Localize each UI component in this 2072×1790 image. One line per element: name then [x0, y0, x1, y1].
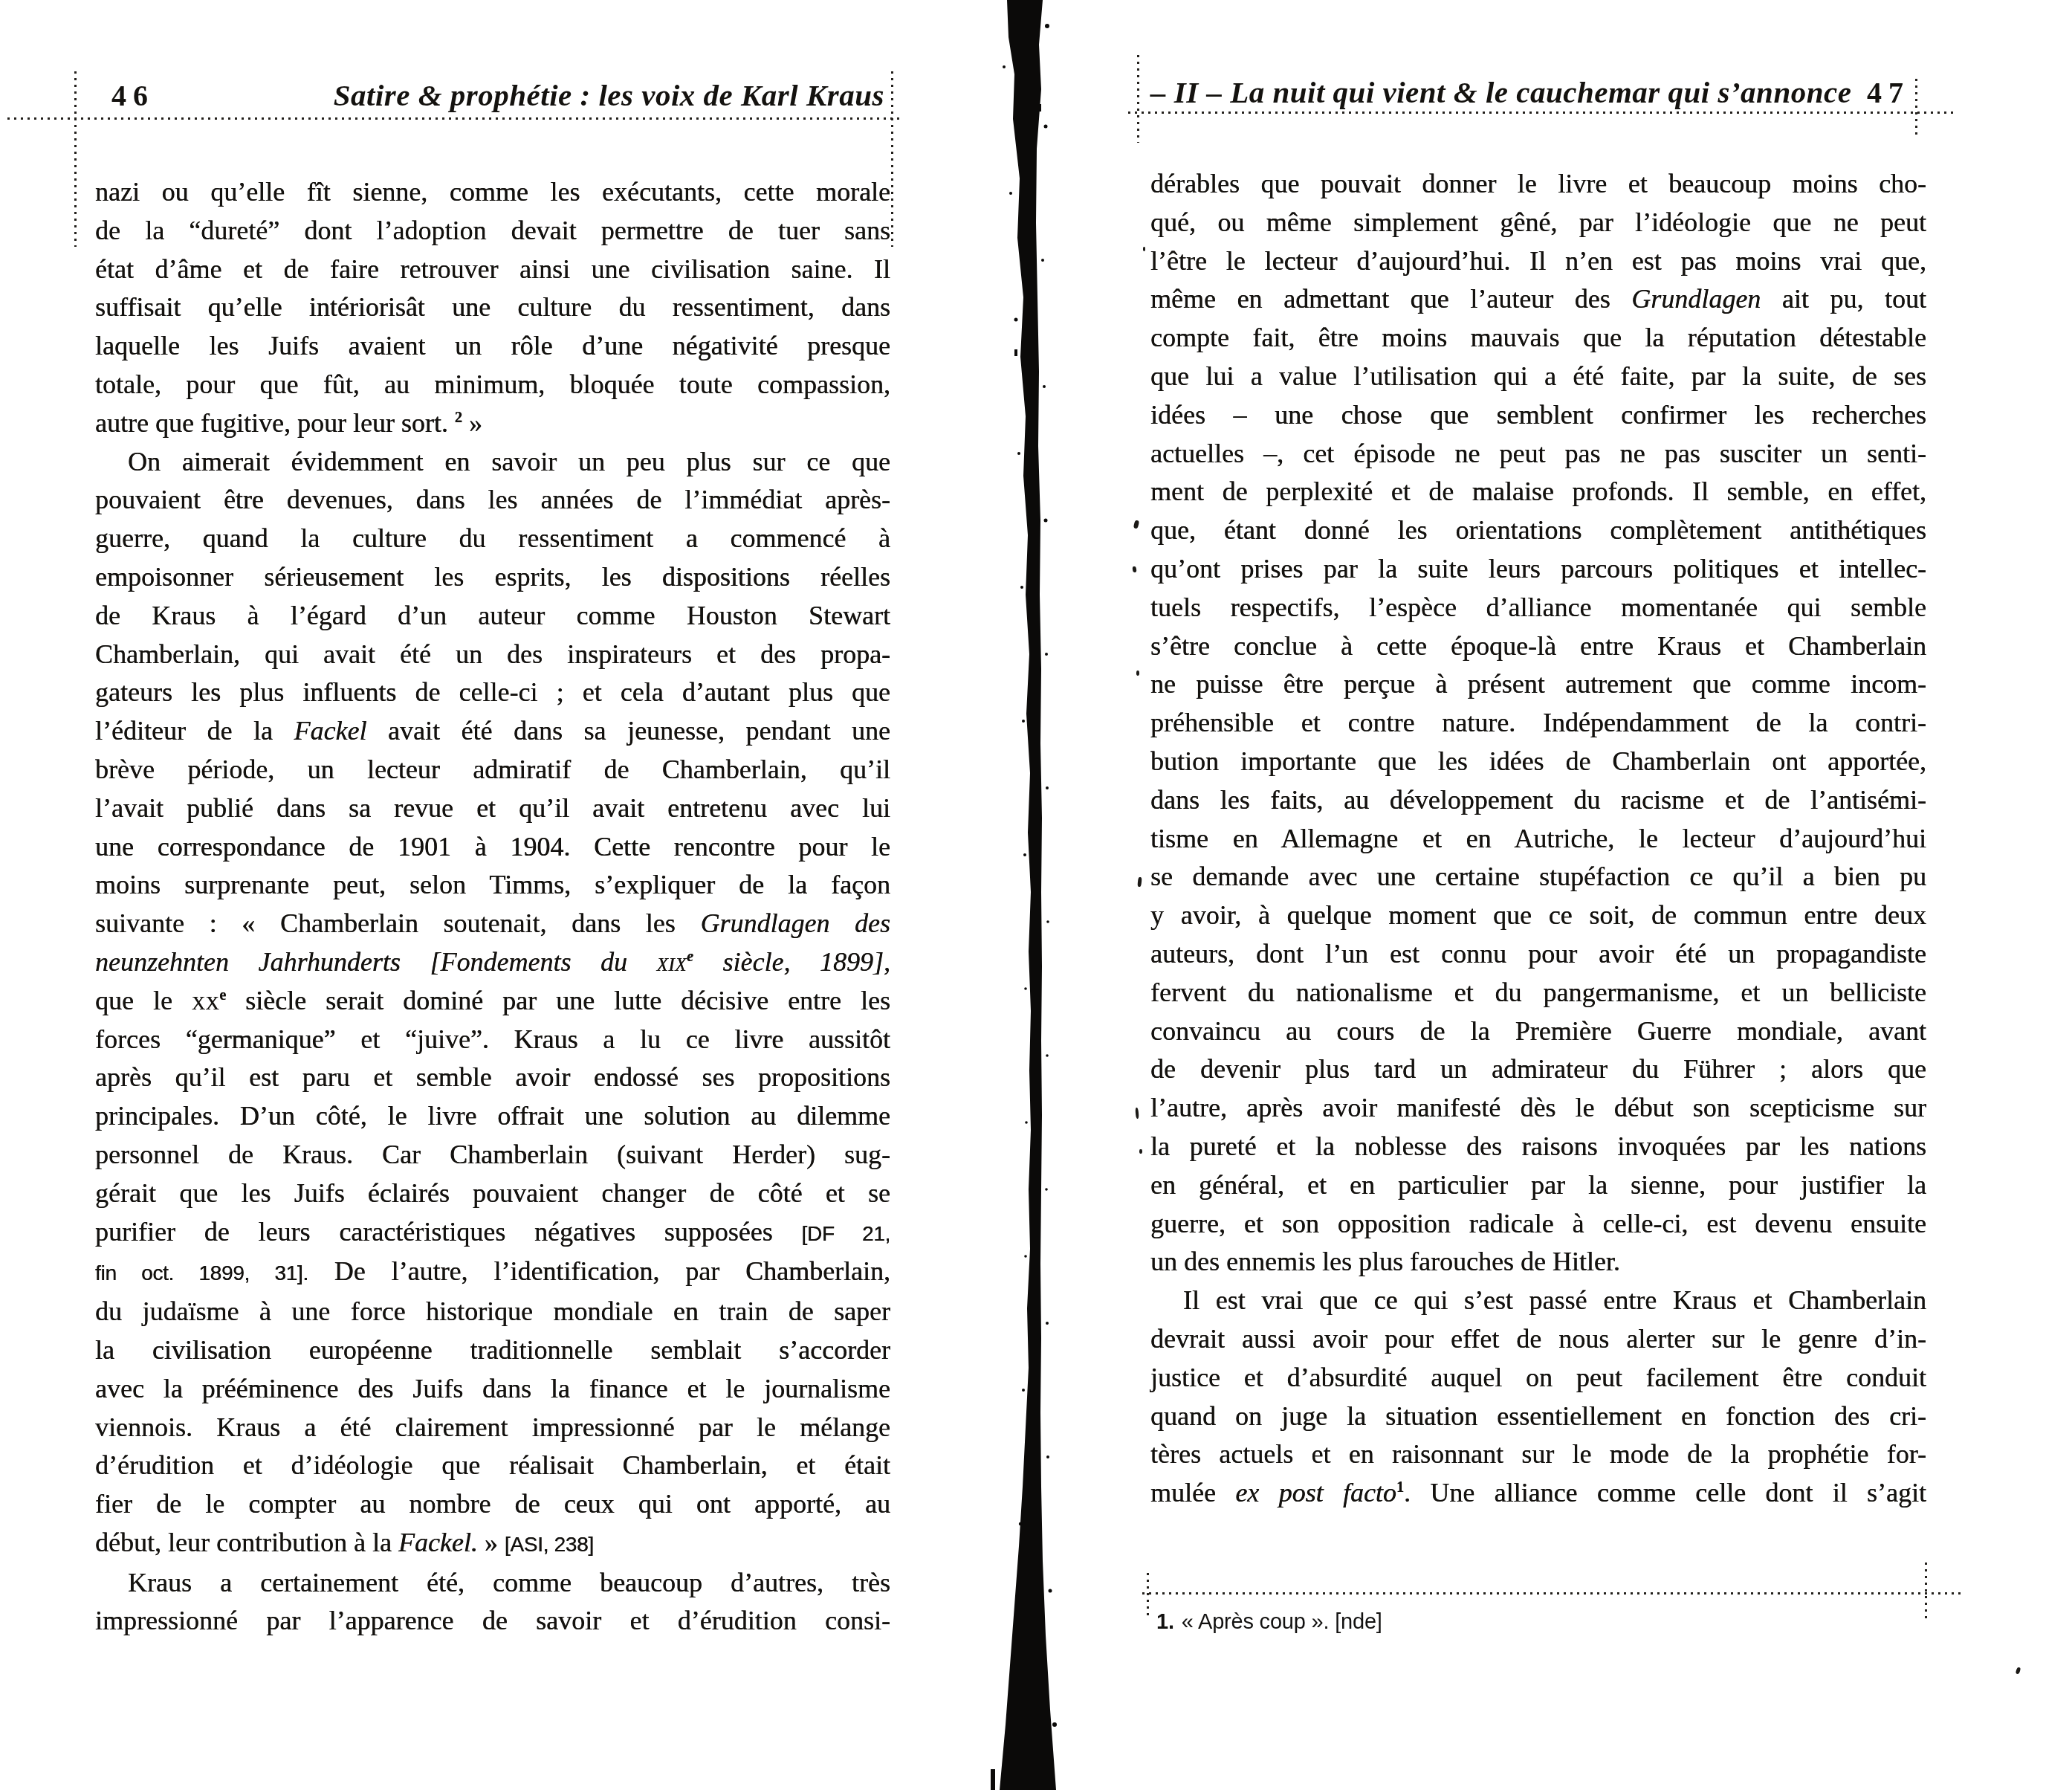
- text-line: quand on juge la situation essentielleme…: [1150, 1398, 1926, 1436]
- text-line: en général, et en particulier par la sie…: [1150, 1166, 1926, 1205]
- text-line: forces “germanique” et “juive”. Kraus a …: [95, 1021, 890, 1059]
- text-line: suivante : « Chamberlain soutenait, dans…: [95, 905, 890, 943]
- text-line: suffisait qu’elle intériorisât une cultu…: [95, 288, 890, 327]
- text-line: gateurs les plus influents de celle-ci ;…: [95, 673, 890, 712]
- text-line: dérables que pouvait donner le livre et …: [1150, 165, 1926, 204]
- text-line: l’autre, après avoir manifesté dès le dé…: [1150, 1089, 1926, 1128]
- footnote-rule: [1142, 1592, 1962, 1594]
- text-line: y avoir, à quelque moment que ce soit, d…: [1150, 896, 1926, 935]
- text-line: qué, ou même simplement gêné, par l’idéo…: [1150, 204, 1926, 242]
- text-line: l’éditeur de la Fackel avait été dans sa…: [95, 712, 890, 751]
- ink-speck: [2016, 1667, 2021, 1674]
- right-page-header: – II – La nuit qui vient & le cauchemar …: [1150, 74, 1910, 110]
- text-line: état d’âme et de faire retrouver ainsi u…: [95, 251, 890, 289]
- right-page-number: 47: [1867, 75, 1910, 110]
- text-line: l’être le lecteur d’aujourd’hui. Il n’en…: [1150, 242, 1926, 281]
- right-crop-mark-left: [1137, 55, 1139, 143]
- left-crop-mark-right: [891, 71, 893, 247]
- text-line: justice et d’absurdité auquel on peut fa…: [1150, 1359, 1926, 1398]
- text-line: autre que fugitive, pour leur sort. 2 »: [95, 404, 890, 443]
- text-line: ne puisse être perçue à présent autremen…: [1150, 665, 1926, 704]
- left-crop-mark-left: [74, 71, 77, 247]
- text-line: personnel de Kraus. Car Chamberlain (sui…: [95, 1136, 890, 1175]
- left-body-text: nazi ou qu’elle fît sienne, comme les ex…: [95, 173, 890, 1641]
- text-line: une correspondance de 1901 à 1904. Cette…: [95, 828, 890, 867]
- text-line: impressionné par l’apparence de savoir e…: [95, 1602, 890, 1641]
- text-line: purifier de leurs caractéristiques négat…: [95, 1213, 890, 1253]
- text-line: totale, pour que fût, au minimum, bloqué…: [95, 366, 890, 404]
- text-line: d’érudition et d’idéologie que réalisait…: [95, 1447, 890, 1485]
- footnote: 1.« Après coup ». [nde]: [1156, 1610, 1900, 1635]
- text-line: moins surprenante peut, selon Timms, s’e…: [95, 866, 890, 905]
- text-line: la civilisation européenne traditionnell…: [95, 1331, 890, 1370]
- text-line: actuelles –, cet épisode ne peut pas ne …: [1150, 435, 1926, 474]
- text-line: tisme en Allemagne et en Autriche, le le…: [1150, 820, 1926, 859]
- text-line: principales. D’un côté, le livre offrait…: [95, 1097, 890, 1136]
- text-line: convaincu au cours de la Première Guerre…: [1150, 1012, 1926, 1051]
- text-line: ment de perplexité et de malaise profond…: [1150, 473, 1926, 511]
- text-line: pouvaient être devenues, dans les années…: [95, 481, 890, 520]
- text-line: idées – une chose que semblent confirmer…: [1150, 396, 1926, 435]
- ink-speck: [1137, 877, 1142, 887]
- text-line: empoisonner sérieusement les esprits, le…: [95, 558, 890, 597]
- text-line: préhensible et contre nature. Indépendam…: [1150, 704, 1926, 743]
- text-line: mulée ex post facto1. Une alliance comme…: [1150, 1474, 1926, 1513]
- binding-streak-graphic: [985, 0, 1070, 1790]
- text-line: du judaïsme à une force historique mondi…: [95, 1293, 890, 1331]
- text-line: un des ennemis les plus farouches de Hit…: [1150, 1243, 1926, 1282]
- text-line: tères actuels et en raisonnant sur le mo…: [1150, 1435, 1926, 1474]
- text-line: que le xxe siècle serait dominé par une …: [95, 982, 890, 1021]
- right-body-text: dérables que pouvait donner le livre et …: [1150, 165, 1926, 1513]
- ink-speck: [1135, 1108, 1139, 1119]
- text-line: guerre, quand la culture du ressentiment…: [95, 520, 890, 558]
- text-line: nazi ou qu’elle fît sienne, comme les ex…: [95, 173, 890, 212]
- text-line: qu’ont prises par la suite leurs parcour…: [1150, 550, 1926, 589]
- text-line: de la “dureté” dont l’adoption devait pe…: [95, 212, 890, 251]
- ink-speck: [1139, 1149, 1142, 1154]
- text-line: s’être conclue à cette époque-là entre K…: [1150, 627, 1926, 666]
- left-page-header: 46 Satire & prophétie : les voix de Karl…: [111, 77, 884, 113]
- right-header-rule: [1128, 112, 1955, 114]
- text-line: fin oct. 1899, 31]. De l’autre, l’identi…: [95, 1253, 890, 1293]
- ink-speck: [1143, 247, 1145, 251]
- text-line: guerre, et son opposition radicale à cel…: [1150, 1205, 1926, 1244]
- text-line: avec la prééminence des Juifs dans la fi…: [95, 1370, 890, 1409]
- text-line: début, leur contribution à la Fackel. » …: [95, 1524, 890, 1564]
- text-line: de devenir plus tard un admirateur du Fü…: [1150, 1050, 1926, 1089]
- text-line: Kraus a certainement été, comme beaucoup…: [95, 1564, 890, 1603]
- ink-speck: [1132, 566, 1136, 573]
- text-line: la pureté et la noblesse des raisons inv…: [1150, 1128, 1926, 1166]
- text-line: laquelle les Juifs avaient un rôle d’une…: [95, 327, 890, 366]
- text-line: même en admettant que l’auteur des Grund…: [1150, 280, 1926, 319]
- text-line: gérait que les Juifs éclairés pouvaient …: [95, 1175, 890, 1213]
- text-line: auteurs, dont l’un est connu pour avoir …: [1150, 935, 1926, 974]
- left-running-title: Satire & prophétie : les voix de Karl Kr…: [334, 77, 884, 113]
- text-line: devrait aussi avoir pour effet de nous a…: [1150, 1320, 1926, 1359]
- text-line: bution importante que les idées de Chamb…: [1150, 743, 1926, 781]
- footnote-marker: 1.: [1156, 1610, 1174, 1634]
- right-running-title: – II – La nuit qui vient & le cauchemar …: [1150, 74, 1851, 110]
- text-line: tuels respectifs, l’espèce d’alliance mo…: [1150, 589, 1926, 627]
- text-line: neunzehnten Jahrhunderts [Fondements du …: [95, 943, 890, 982]
- text-line: viennois. Kraus a été clairement impress…: [95, 1409, 890, 1447]
- text-line: dans les faits, au développement du raci…: [1150, 781, 1926, 820]
- text-line: compte fait, être moins mauvais que la r…: [1150, 319, 1926, 358]
- ink-speck: [1133, 520, 1139, 529]
- text-line: se demande avec une certaine stupéfactio…: [1150, 858, 1926, 896]
- binding-shadow: [985, 0, 1070, 1790]
- text-line: On aimerait évidemment en savoir un peu …: [95, 443, 890, 482]
- left-header-rule: [7, 117, 903, 120]
- footnote-text: « Après coup ». [nde]: [1182, 1610, 1382, 1634]
- text-line: l’avait publié dans sa revue et qu’il av…: [95, 789, 890, 828]
- ink-speck: [1136, 671, 1139, 676]
- text-line: fervent du nationalisme et du pangermani…: [1150, 974, 1926, 1012]
- footnote-crop-mark-left: [1147, 1573, 1149, 1619]
- text-line: Il est vrai que ce qui s’est passé entre…: [1150, 1282, 1926, 1320]
- text-line: Chamberlain, qui avait été un des inspir…: [95, 636, 890, 674]
- right-crop-mark-right: [1915, 79, 1917, 137]
- text-line: de Kraus à l’égard d’un auteur comme Hou…: [95, 597, 890, 636]
- text-line: brève période, un lecteur admiratif de C…: [95, 751, 890, 789]
- text-line: que lui a value l’utilisation qui a été …: [1150, 358, 1926, 396]
- text-line: fier de le compter au nombre de ceux qui…: [95, 1485, 890, 1524]
- left-page-number: 46: [111, 78, 155, 113]
- text-line: après qu’il est paru et semble avoir end…: [95, 1059, 890, 1097]
- text-line: que, étant donné les orientations complè…: [1150, 511, 1926, 550]
- book-scan-spread: { "ink_color": "#14120f", "paper_color":…: [0, 0, 2072, 1790]
- footnote-crop-mark-right: [1925, 1563, 1927, 1621]
